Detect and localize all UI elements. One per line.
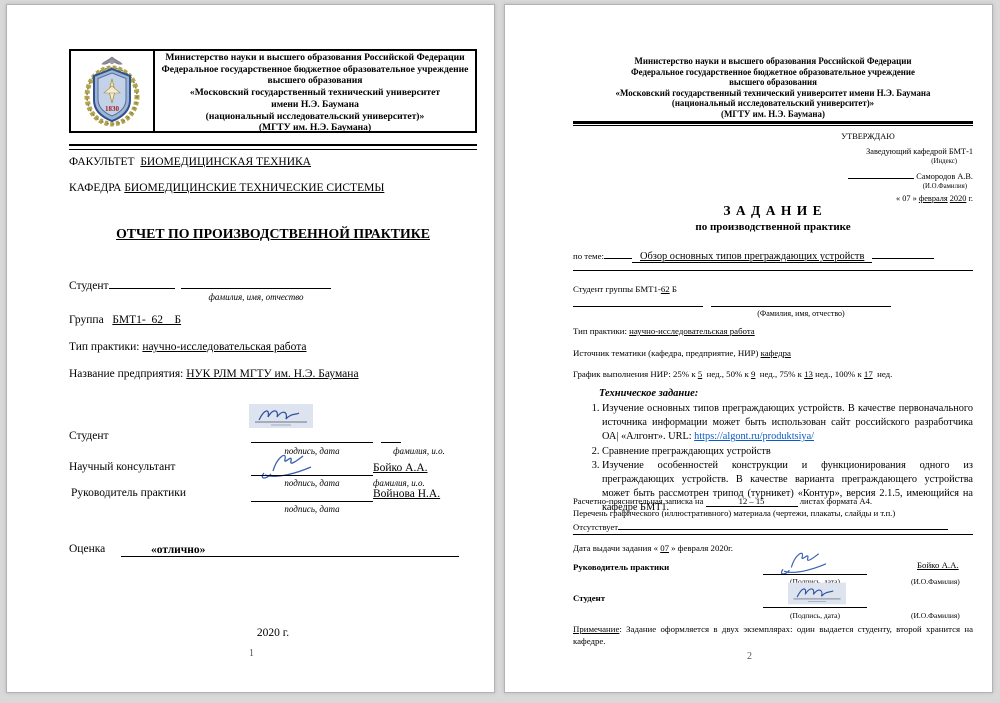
student-fio-line-1 [573,306,703,307]
header-line: (национальный исследовательский универси… [573,98,973,109]
student-fio-line-2 [711,306,891,307]
university-header-box: 1830 Министерство науки и высшего образо… [69,49,477,133]
student-group-number: 62 [661,284,670,294]
student-group-text: Студент группы БМТ1- [573,284,661,294]
tech-task-heading: Техническое задание: [599,388,698,399]
student-group-row: Студент группы БМТ1-62 Б [573,284,677,294]
practice-type-row: Тип практики: научно-исследовательская р… [69,341,307,353]
name-hint: (И.О.Фамилия) [911,611,960,620]
student-label: Студент [69,280,109,292]
header-line: (МГТУ им. Н.Э. Баумана) [573,109,973,120]
bauman-university-logo-icon: 1830 [84,55,140,127]
group-label: Группа [69,314,104,326]
department-value: БИОМЕДИЦИНСКИЕ ТЕХНИЧЕСКИЕ СИСТЕМЫ [124,182,384,194]
group-row: Группа БМТ1- 62 Б [69,314,181,326]
task-text: Сравнение преграждающих устройств [602,446,771,457]
practice-type-value: научно-исследовательская работа [142,341,306,353]
company-row: Название предприятия: НУК РЛМ МГТУ им. Н… [69,368,359,380]
company-value: НУК РЛМ МГТУ им. Н.Э. Баумана [186,368,358,380]
header-line: высшего образования [573,77,973,88]
task-item-1: Изучение основных типов преграждающих ус… [602,402,973,445]
header-line: Федеральное государственное бюджетное об… [155,64,475,76]
department-row: КАФЕДРА БИОМЕДИЦИНСКИЕ ТЕХНИЧЕСКИЕ СИСТЕ… [69,182,384,194]
header-divider-rule [69,144,477,150]
company-label: Название предприятия: [69,368,183,380]
theme-row: по теме:Обзор основных типов преграждающ… [573,246,934,263]
pages-text: Расчетно-пояснительная записка на [573,496,706,506]
header-line: Министерство науки и высшего образования… [573,56,973,67]
pages-count-row: Расчетно-пояснительная записка на 12 – 1… [573,496,872,507]
name-hint: фамилия, и.о. [373,478,463,488]
svg-text:1830: 1830 [105,105,120,113]
practice-type-value: научно-исследовательская работа [629,326,755,336]
theme-line-2 [573,270,973,271]
issue-date-row: Дата выдачи задания « 07 » февраля 2020г… [573,543,733,553]
date-part: « 07 » [896,194,919,203]
grade-label: Оценка [69,543,105,555]
algont-url-link[interactable]: https://algont.ru/produktsiya/ [694,431,814,442]
theme-label: по теме: [573,251,604,261]
student-name-row: Студент [69,276,331,292]
student-group-letter: Б [670,284,677,294]
note-label: Примечание [573,624,619,634]
header-line: (национальный исследовательский универси… [155,111,475,123]
student-signature-scan [788,580,846,607]
note-row: Примечание: Задание оформляется в двух э… [573,624,973,647]
index-hint: (Индекс) [763,157,973,167]
fio-hint: фамилия, имя, отчество [181,292,331,302]
section-divider-line [573,534,973,535]
consultant-sign-role: Научный консультант [69,461,175,473]
university-logo-cell: 1830 [71,51,155,131]
department-label: КАФЕДРА [69,182,121,194]
schedule-text: нед., 75% к [755,369,804,379]
fio-hint: (Фамилия, имя, отчество) [711,309,891,318]
student-sign-role: Студент [69,430,109,442]
faculty-value: БИОМЕДИЦИНСКАЯ ТЕХНИКА [140,156,311,168]
practice-type-row: Тип практики: научно-исследовательская р… [573,326,755,336]
name-hint: фамилия, и.о. [377,446,461,456]
header-line: Федеральное государственное бюджетное об… [573,67,973,78]
practice-type-label: Тип практики: [69,341,139,353]
assignment-subtitle: по производственной практике [573,221,973,233]
task-item-2: Сравнение преграждающих устройств [602,445,973,459]
report-title: ОТЧЕТ ПО ПРОИЗВОДСТВЕННОЙ ПРАКТИКЕ [69,226,477,242]
practice-type-label: Тип практики: [573,326,627,336]
student-blank-name [181,276,331,289]
approval-block: УТВЕРЖДАЮ Заведующий кафедрой БМТ-1 (Инд… [763,132,973,203]
assignment-page: Министерство науки и высшего образования… [504,4,993,693]
schedule-week: 13 [804,369,813,379]
consultant-ink-signature [253,449,323,481]
header-line: «Московский государственный технический … [573,88,973,99]
consultant-name: Бойко А.А. [373,462,428,474]
name-hint: (И.О.Фамилия) [911,577,960,586]
schedule-text: нед., 100% к [813,369,864,379]
name-hint: (И.О.Фамилия) [763,182,973,192]
sign-date-hint: подпись, дата [251,504,373,514]
issue-text: » февраля 2020г. [669,543,733,553]
source-row: Источник тематики (кафедра, предприятие,… [573,348,791,358]
report-title-page: 1830 Министерство науки и высшего образо… [6,4,495,693]
grade-line: «отлично» [121,540,459,557]
schedule-row: График выполнения НИР: 25% к 5 нед., 50%… [573,369,892,379]
schedule-text: График выполнения НИР: 25% к [573,369,698,379]
graphics-blank [618,519,948,530]
year-line: 2020 г. [69,627,477,639]
student-blank-short [109,276,175,289]
approve-position: Заведующий кафедрой БМТ-1 [763,147,973,157]
approve-date: « 07 » февраля 2020 г. [763,194,973,204]
supervisor-name: Бойко А.А. [917,560,959,570]
date-part: г. [966,194,973,203]
note-text: : Задание оформляется в двух экземплярах… [573,624,973,646]
date-month: февраля [919,194,948,203]
approve-title: УТВЕРЖДАЮ [763,132,973,142]
theme-blank [604,246,632,259]
header-divider-rule [573,121,973,126]
university-header-text: Министерство науки и высшего образования… [155,51,475,131]
student-sign-role: Студент [573,593,605,603]
sign-date-hint: подпись, дата [251,478,373,488]
approve-name: Самородов А.В. [916,172,973,181]
date-year: 2020 [950,194,967,203]
issue-text: Дата выдачи задания « [573,543,660,553]
pages-text: листах формата А4. [798,496,872,506]
graphics-value: Отсутствует [573,522,618,532]
header-line: (МГТУ им. Н.Э. Баумана) [155,122,475,134]
approve-sign-line [848,169,914,179]
assignment-title: З А Д А Н И Е [573,203,973,219]
student-sign-line-short [381,442,401,443]
grade-value: «отлично» [121,544,205,556]
theme-value: Обзор основных типов преграждающих устро… [640,251,864,262]
schedule-text: нед. [873,369,893,379]
supervisor-sign-role: Руководитель практики [573,562,669,572]
graphics-row: Перечень графического (иллюстративного) … [573,508,895,518]
supervisor-sign-role: Руководитель практики [71,487,186,499]
supervisor-sign-line [763,574,867,575]
page-number: 1 [7,648,496,659]
page-number: 2 [505,651,994,662]
schedule-week: 17 [864,369,873,379]
university-header-text: Министерство науки и высшего образования… [573,56,973,120]
supervisor-sign-line [251,501,373,502]
faculty-label: ФАКУЛЬТЕТ [69,156,135,168]
header-line: «Московский государственный технический … [155,87,475,99]
student-signature-scan [249,404,313,428]
supervisor-ink-signature [773,547,837,577]
schedule-text: нед., 50% к [702,369,751,379]
issue-day: 07 [660,543,669,553]
graphics-value-row: Отсутствует [573,519,948,532]
student-sign-line [763,607,867,608]
pages-count-value: 12 – 15 [706,496,798,507]
supervisor-name: Войнова Н.А. [373,488,440,500]
sign-date-hint: (Подпись, дата) [763,611,867,620]
student-sign-line [251,442,373,443]
header-line: высшего образования [155,75,475,87]
header-line: имени Н.Э. Баумана [155,99,475,111]
theme-blank-tail [872,246,934,259]
source-value: кафедра [761,348,791,358]
approve-sign-row: Самородов А.В. [763,169,973,182]
group-value: БМТ1- 62 Б [112,314,181,326]
header-line: Министерство науки и высшего образования… [155,52,475,64]
faculty-row: ФАКУЛЬТЕТ БИОМЕДИЦИНСКАЯ ТЕХНИКА [69,156,311,168]
source-label: Источник тематики (кафедра, предприятие,… [573,348,758,358]
consultant-sign-line [251,475,373,476]
